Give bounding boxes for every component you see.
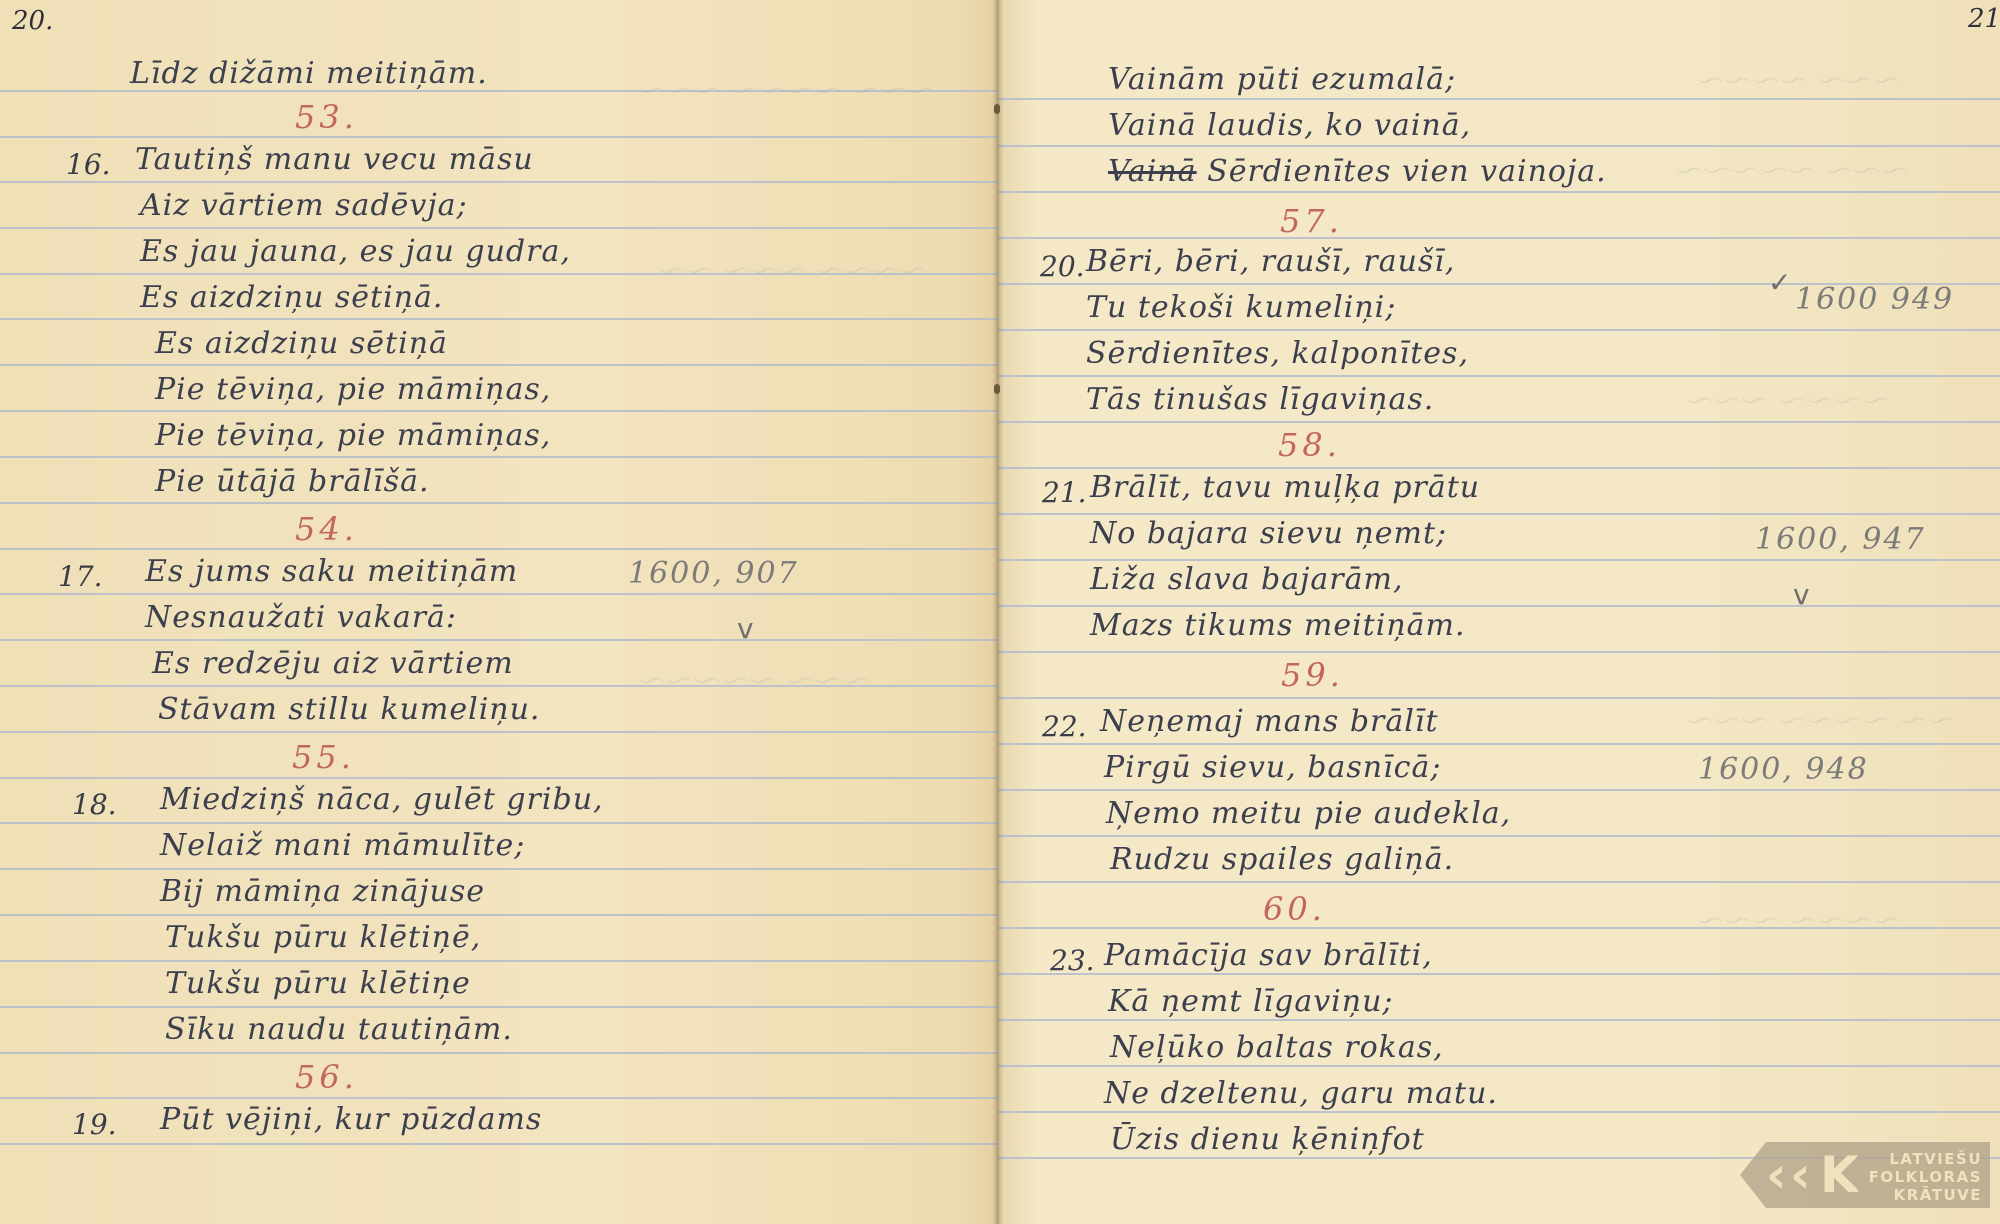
logo-text: LATVIEŠU FOLKLORAS KRĀTUVE (1858, 1142, 1990, 1208)
verse-line: Pirgū sievu, basnīcā; (1104, 750, 1441, 785)
verse-line: Tās tinušas līgaviņas. (1086, 382, 1434, 417)
left-page: ～～～ ～～～～ ～～～ ～～～～ ～～～ ～～ ～～～ ～～～～～ 20. L… (0, 0, 998, 1224)
continuation-line: Līdz dižāmi meitiņām. (130, 56, 488, 91)
catalog-mark: 58. (1278, 426, 1341, 464)
notebook-spread: ～～～ ～～～～ ～～～ ～～～～ ～～～ ～～ ～～～ ～～～～～ 20. L… (0, 0, 2000, 1224)
archive-number-annotation: 1600, 948 (1698, 752, 1869, 787)
verse-line: Ņemo meitu pie audekla, (1106, 796, 1511, 831)
catalog-mark: 55. (292, 738, 355, 776)
verse-line: Neļūko baltas rokas, (1110, 1030, 1444, 1065)
verse-line: Tautiņš manu vecu māsu (135, 142, 534, 177)
verse-line: Ūzis dienu ķēniņfot (1110, 1122, 1425, 1157)
verse-number: 20. (1040, 250, 1085, 283)
verse-line: Es aizdziņu sētiņā. (140, 280, 443, 315)
archive-number-annotation: 1600 949 (1795, 282, 1954, 317)
verse-line-rest: Sērdienītes vien vainoja. (1207, 154, 1607, 189)
verse-line: No bajara sievu ņemt; (1090, 516, 1447, 551)
notebook-spine (992, 0, 1004, 1224)
verse-line: Pūt vējiņi, kur pūzdams (160, 1102, 542, 1137)
page-number: 20. (12, 6, 53, 36)
lfk-logo-icon: ‹ ‹ K (1740, 1142, 1858, 1208)
bleed-through-text: ～～ ～～～～ ～～～ (1688, 700, 1958, 740)
verse-line: Es aizdziņu sētiņā (155, 326, 448, 361)
bleed-through-text: ～～～ ～～～～～ (1678, 150, 1911, 190)
verse-line: Rudzu spailes galiņā. (1110, 842, 1454, 877)
verse-line: Sērdienītes, kalponītes, (1086, 336, 1469, 371)
verse-number: 17. (58, 560, 103, 593)
verse-line: Sīku naudu tautiņām. (165, 1012, 513, 1047)
verse-line: Es jau jauna, es jau gudra, (140, 234, 571, 269)
verse-line: Nelaiž mani māmulīte; (160, 828, 525, 863)
logo-line: LATVIEŠU (1864, 1150, 1982, 1168)
verse-line: Nesnaužati vakarā: (145, 600, 457, 635)
verse-line: Neņemaj mans brālīt (1100, 704, 1439, 739)
verse-line: Vainām pūti ezumalā; (1108, 62, 1456, 97)
verse-number: 22. (1042, 710, 1087, 743)
verse-line: Tukšu pūru klētiņe (165, 966, 471, 1001)
verse-line: Vainā Sērdienītes vien vainoja. (1108, 154, 1607, 189)
binding-staple (994, 384, 1000, 394)
bleed-through-text: ～～～～ ～～～ ～～ (660, 250, 930, 290)
catalog-mark: 57. (1280, 202, 1343, 240)
verse-number: 21. (1042, 476, 1087, 509)
logo-line: FOLKLORAS (1864, 1168, 1982, 1186)
verse-line: Pie tēviņa, pie māmiņas, (155, 372, 551, 407)
struck-word: Vainā (1108, 154, 1197, 189)
archive-number-annotation: 1600, 947 (1755, 522, 1926, 557)
bleed-through-text: ～～～ ～～～～～ (640, 660, 873, 700)
binding-staple (994, 104, 1000, 114)
archive-logo: ‹ ‹ K LATVIEŠU FOLKLORAS KRĀTUVE (1740, 1142, 1990, 1208)
logo-line: KRĀTUVE (1864, 1186, 1982, 1204)
verse-line: Pie tēviņa, pie māmiņas, (155, 418, 551, 453)
archive-number-annotation: 1600, 907 (628, 556, 799, 591)
check-mark-icon: v (737, 612, 754, 645)
verse-line: Brālīt, tavu muļķa prātu (1090, 470, 1480, 505)
verse-line: Pamācīja sav brālīti, (1104, 938, 1433, 973)
catalog-mark: 60. (1263, 890, 1326, 928)
verse-line: Bij māmiņa zinājuse (160, 874, 485, 909)
verse-line: Mazs tikums meitiņām. (1090, 608, 1466, 643)
bleed-through-text: ～～～～ ～～～ (1698, 900, 1903, 940)
verse-line: Kā ņemt līgaviņu; (1108, 984, 1394, 1019)
page-number: 21. (1968, 4, 2000, 34)
bleed-through-text: ～～～ ～～～～ (1698, 60, 1903, 100)
bleed-through-text: ～～～～ ～～～ (1688, 380, 1893, 420)
verse-line: Aiz vārtiem sadēvja; (140, 188, 468, 223)
catalog-mark: 54. (295, 510, 358, 548)
logo-letter: K (1820, 1148, 1859, 1202)
catalog-mark: 56. (295, 1058, 358, 1096)
verse-line: Tukšu pūru klētiņē, (165, 920, 481, 955)
verse-line: Vainā laudis, ko vainā, (1108, 108, 1471, 143)
check-mark-icon: v (1793, 578, 1810, 611)
verse-line: Pie ūtājā brālīšā. (155, 464, 430, 499)
verse-line: Es jums saku meitiņām (145, 554, 518, 589)
verse-number: 16. (66, 148, 111, 181)
verse-line: Liža slava bajarām, (1090, 562, 1403, 597)
verse-line: Bēri, bēri, raušī, raušī, (1086, 244, 1455, 279)
right-page: ～～～ ～～～～ ～～～ ～～～～～ ～～～～ ～～～ ～～ ～～～～ ～～～ … (998, 0, 2000, 1224)
verse-number: 19. (72, 1108, 117, 1141)
verse-number: 23. (1050, 944, 1095, 977)
verse-number: 18. (72, 788, 117, 821)
verse-line: Es redzēju aiz vārtiem (152, 646, 514, 681)
verse-line: Tu tekoši kumeliņi; (1086, 290, 1396, 325)
check-mark-icon: ✓ (1768, 266, 1791, 299)
verse-line: Miedziņš nāca, gulēt gribu, (160, 782, 604, 817)
catalog-mark: 53. (295, 98, 358, 136)
catalog-mark: 59. (1281, 656, 1344, 694)
verse-line: Stāvam stillu kumeliņu. (158, 692, 540, 727)
bleed-through-text: ～～～ ～～～～ ～～～ (640, 70, 938, 110)
verse-line: Ne dzeltenu, garu matu. (1104, 1076, 1498, 1111)
